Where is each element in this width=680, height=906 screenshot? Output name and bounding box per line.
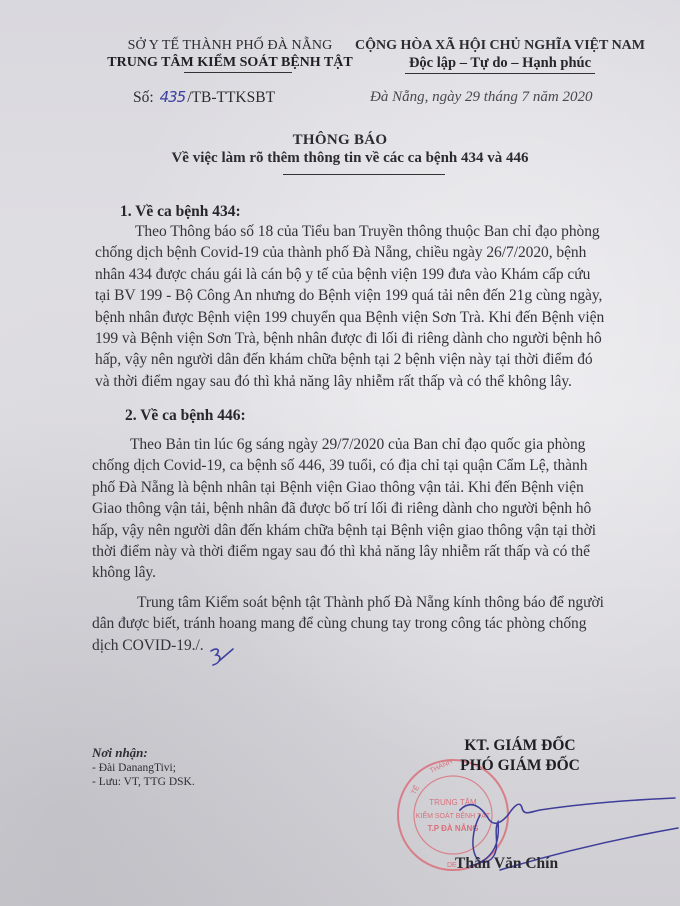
- section-heading-446: 2. Về ca bệnh 446:: [125, 407, 246, 425]
- date-line: Đà Nẵng, ngày 29 tháng 7 năm 2020: [370, 89, 593, 106]
- agency-underline: [184, 72, 292, 73]
- signer-name: Thân Văn Chín: [455, 855, 558, 873]
- body-line: bệnh nhân được Bệnh viện 199 chuyển qua …: [95, 307, 643, 328]
- recipient-item: - Lưu: VT, TTG DSK.: [92, 775, 195, 789]
- body-line: phố Đà Nẵng là bệnh nhân tại Bệnh viện G…: [92, 477, 644, 498]
- body-line: không lây.: [92, 562, 644, 583]
- section-heading-434: 1. Về ca bệnh 434:: [120, 203, 241, 221]
- closing-paragraph: Trung tâm Kiểm soát bệnh tật Thành phố Đ…: [92, 592, 644, 656]
- section-body-434: Theo Thông báo số 18 của Tiểu ban Truyền…: [95, 221, 643, 392]
- document-subtitle: Về việc làm rõ thêm thông tin về các ca …: [0, 150, 680, 167]
- document-title: THÔNG BÁO: [0, 132, 680, 149]
- body-line: và thời điểm ngay sau đó thì khả năng lâ…: [95, 371, 643, 392]
- signer-title-1: KT. GIÁM ĐỐC: [420, 736, 620, 756]
- body-line: dịch COVID-19./.: [92, 635, 644, 656]
- body-line: 199 và Bệnh viện Sơn Trà, bệnh nhân được…: [95, 328, 643, 349]
- ministry-name: SỞ Y TẾ THÀNH PHỐ ĐÀ NẴNG: [80, 38, 380, 54]
- body-line: chống dịch Covid-19, ca bệnh số 446, 39 …: [92, 455, 644, 476]
- body-line: hấp, vậy nên người dân đến khám chữa bện…: [95, 349, 643, 370]
- body-line: Theo Thông báo số 18 của Tiểu ban Truyền…: [95, 221, 643, 242]
- national-motto: Độc lập – Tự do – Hạnh phúc: [345, 55, 655, 72]
- national-header: CỘNG HÒA XÃ HỘI CHỦ NGHĨA VIỆT NAM Độc l…: [345, 38, 655, 74]
- body-line: Giao thông vận tải, bệnh nhân đã được bố…: [92, 498, 644, 519]
- issuer-header: SỞ Y TẾ THÀNH PHỐ ĐÀ NẴNG TRUNG TÂM KIỂM…: [80, 38, 380, 73]
- doc-number-suffix: /TB-TTKSBT: [187, 89, 275, 106]
- body-line: thời điểm này và thời điểm ngay sau đó t…: [92, 541, 644, 562]
- motto-underline: [405, 73, 595, 74]
- doc-number-label: Số:: [133, 89, 154, 106]
- section-body-446: Theo Bản tin lúc 6g sáng ngày 29/7/2020 …: [92, 434, 644, 584]
- agency-name: TRUNG TÂM KIỂM SOÁT BỆNH TẬT: [80, 55, 380, 71]
- svg-text:TẾ: TẾ: [408, 783, 421, 796]
- body-line: tại BV 199 - Bộ Công An nhưng do Bệnh vi…: [95, 285, 643, 306]
- republic-name: CỘNG HÒA XÃ HỘI CHỦ NGHĨA VIỆT NAM: [345, 38, 655, 54]
- recipient-item: - Đài DanangTivi;: [92, 761, 195, 775]
- handwritten-initial-mark: [207, 645, 247, 671]
- subtitle-underline: [283, 174, 445, 175]
- doc-number-handwritten: 435: [160, 88, 186, 106]
- body-line: chống dịch bệnh Covid-19 của thành phố Đ…: [95, 242, 643, 263]
- recipients-block: Nơi nhận: - Đài DanangTivi; - Lưu: VT, T…: [92, 745, 195, 789]
- body-line: dân được biết, tránh hoang mang để cùng …: [92, 613, 644, 634]
- document-number: Số: 435/TB-TTKSBT: [133, 88, 275, 107]
- body-line: nhân 434 được cháu gái là cán bộ y tế củ…: [95, 264, 643, 285]
- recipients-label: Nơi nhận:: [92, 745, 195, 761]
- body-line: Trung tâm Kiểm soát bệnh tật Thành phố Đ…: [92, 592, 644, 613]
- body-line: Theo Bản tin lúc 6g sáng ngày 29/7/2020 …: [92, 434, 644, 455]
- body-line: hấp, vậy nên người dân đến khám chữa bện…: [92, 520, 644, 541]
